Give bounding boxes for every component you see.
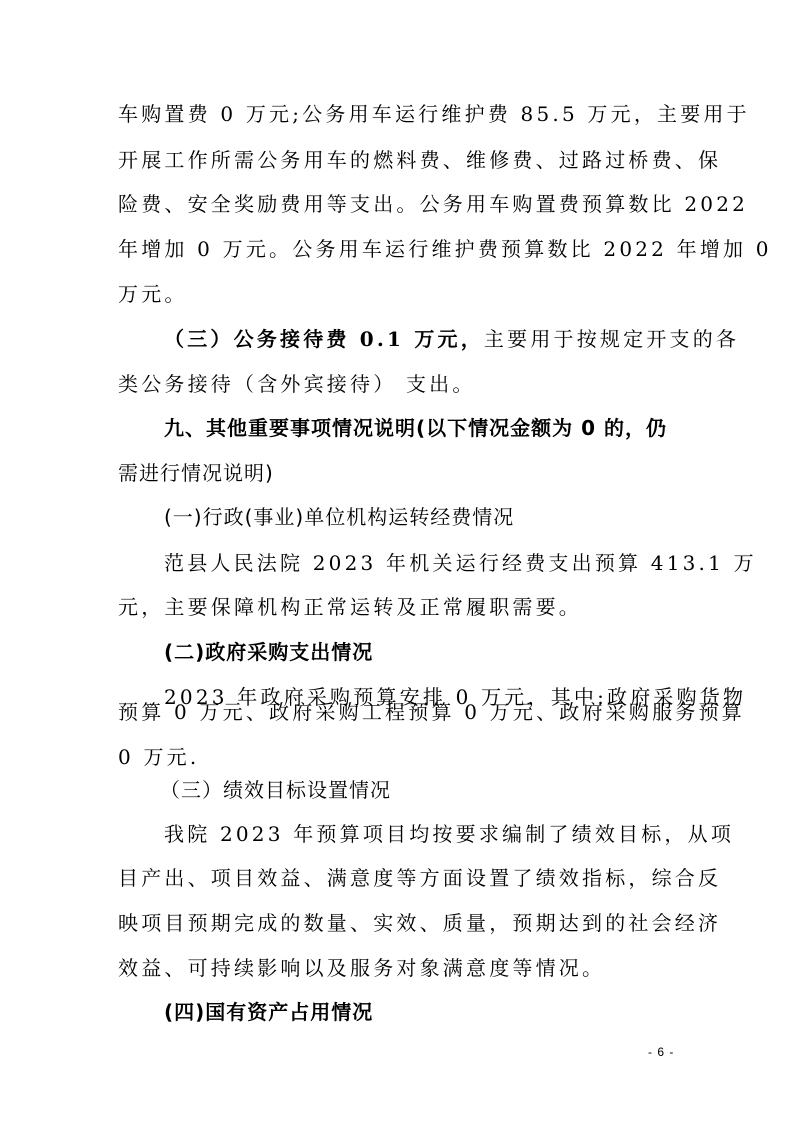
body-text-line: 目产出、项目效益、满意度等方面设置了绩效指标，综合反 xyxy=(118,866,678,890)
body-text-line: 预算 0 万元、政府采购工程预算 0 万元、政府采购服务预算 xyxy=(118,700,678,724)
page-number: - 6 - xyxy=(648,1045,674,1059)
body-text-line: 万元。 xyxy=(118,282,678,306)
body-text-line: 车购置费 0 万元;公务用车运行维护费 85.5 万元，主要用于 xyxy=(118,102,678,126)
section-9-title: 九、其他重要事项情况说明(以下情况金额为 0 的，仍 xyxy=(164,416,678,440)
body-text-line: 范县人民法院 2023 年机关运行经费支出预算 413.1 万 xyxy=(164,551,678,575)
body-text-line: 险费、安全奖励费用等支出。公务用车购置费预算数比 2022 xyxy=(118,192,678,216)
body-text-line: 我院 2023 年预算项目均按要求编制了绩效目标，从项 xyxy=(164,822,678,846)
subsection-1-heading: (一)行政(事业)单位机构运转经费情况 xyxy=(164,505,678,529)
body-text-line: 开展工作所需公务用车的燃料费、维修费、过路过桥费、保 xyxy=(118,148,678,172)
body-text-line: 效益、可持续影响以及服务对象满意度等情况。 xyxy=(118,956,678,980)
subsection-4-heading: (四)国有资产占用情况 xyxy=(164,1000,678,1024)
reception-fee-heading: （三）公务接待费 0.1 万元， xyxy=(164,327,484,351)
body-text-line: 类公务接待（含外宾接待） 支出。 xyxy=(118,372,678,396)
body-text-line: 0 万元. xyxy=(118,745,678,769)
body-text-line: 映项目预期完成的数量、实效、质量，预期达到的社会经济 xyxy=(118,911,678,935)
body-text-line: 元，主要保障机构正常运转及正常履职需要。 xyxy=(118,595,678,619)
document-page: 车购置费 0 万元;公务用车运行维护费 85.5 万元，主要用于 开展工作所需公… xyxy=(0,0,793,1122)
body-text-line: 年增加 0 万元。公务用车运行维护费预算数比 2022 年增加 0 xyxy=(118,237,678,261)
reception-fee-text: 主要用于按规定开支的各 xyxy=(484,327,739,351)
subsection-2-heading: (二)政府采购支出情况 xyxy=(164,640,678,664)
section-9-title-cont: 需进行情况说明) xyxy=(118,461,678,485)
reception-fee-paragraph: （三）公务接待费 0.1 万元，主要用于按规定开支的各 xyxy=(164,327,678,351)
subsection-3-heading: （三）绩效目标设置情况 xyxy=(160,778,674,802)
